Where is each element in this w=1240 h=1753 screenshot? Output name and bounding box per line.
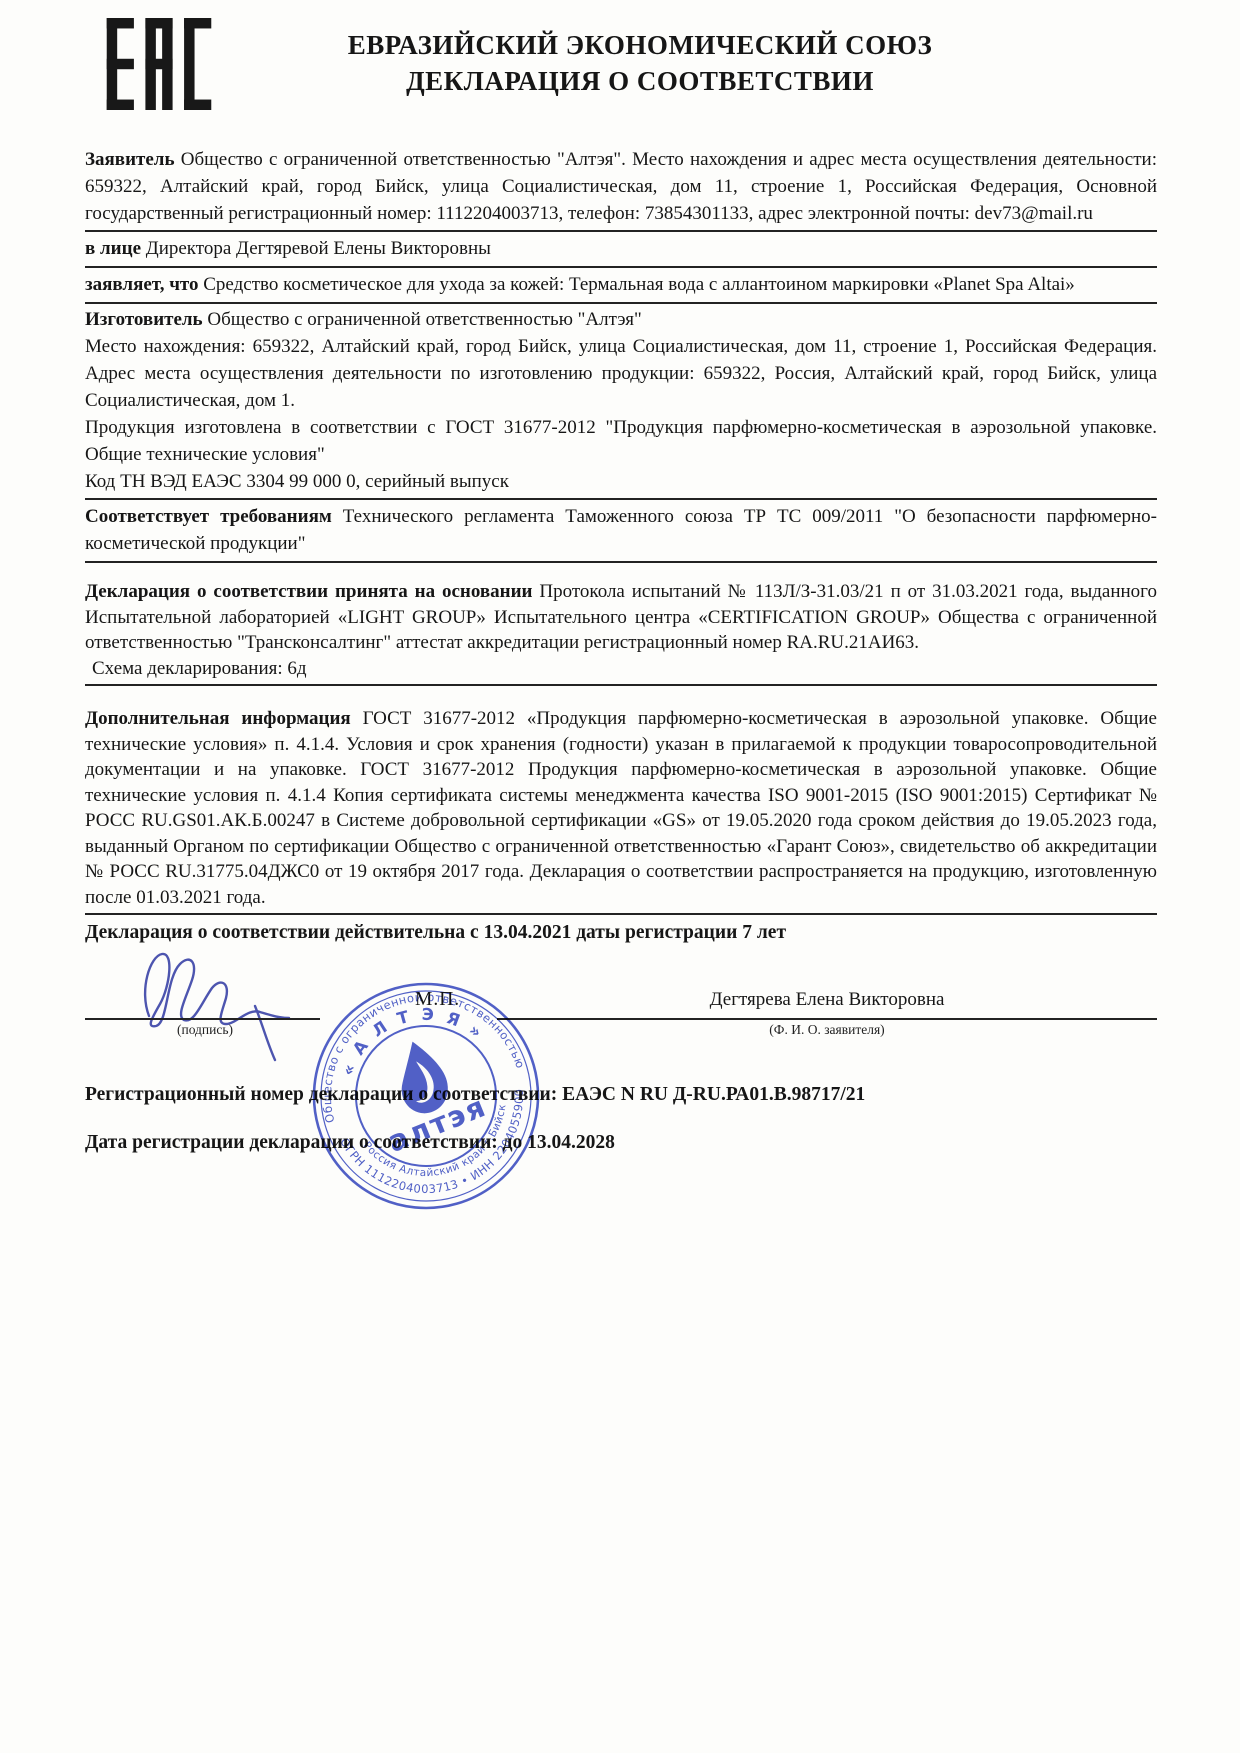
additional-info-label: Дополнительная информация	[85, 708, 351, 729]
signer-name: Дегтярева Елена Викторовна	[497, 989, 1157, 1011]
section-divider	[85, 913, 1157, 915]
title-line-declaration: ДЕКЛАРАЦИЯ О СООТВЕТСТВИИ	[213, 64, 1067, 100]
manufacturer-section: Изготовитель Общество с ограниченной отв…	[85, 306, 1157, 495]
section-divider	[85, 684, 1157, 686]
signature-block: М.П. (подпись) Дегтярева Елена Викторовн…	[85, 948, 1157, 1066]
section-divider	[85, 561, 1157, 563]
applicant-label: Заявитель	[85, 149, 175, 170]
signature-caption: (подпись)	[140, 1022, 270, 1038]
in-person-text: Директора Дегтяревой Елены Викторовны	[141, 238, 491, 259]
title-line-union: ЕВРАЗИЙСКИЙ ЭКОНОМИЧЕСКИЙ СОЮЗ	[213, 28, 1067, 64]
registration-number-value: ЕАЭС N RU Д-RU.РА01.В.98717/21	[557, 1084, 865, 1105]
section-divider	[85, 302, 1157, 304]
basis-paragraph: Декларация о соответствии принята на осн…	[85, 579, 1157, 656]
declaration-scheme: Схема декларирования: 6д	[85, 656, 1157, 682]
declares-label: заявляет, что	[85, 274, 199, 295]
manufacturer-gost: Продукция изготовлена в соответствии с Г…	[85, 414, 1157, 468]
manufacturer-label: Изготовитель	[85, 309, 203, 330]
section-divider	[85, 498, 1157, 500]
section-divider	[85, 230, 1157, 232]
in-person-label: в лице	[85, 238, 141, 259]
handwritten-signature	[135, 940, 325, 1065]
complies-paragraph: Соответствует требованиям Технического р…	[85, 502, 1157, 558]
manufacturer-intro: Изготовитель Общество с ограниченной отв…	[85, 306, 1157, 333]
eac-logo-icon	[105, 18, 213, 110]
name-caption: (Ф. И. О. заявителя)	[497, 1022, 1157, 1038]
document-header: ЕВРАЗИЙСКИЙ ЭКОНОМИЧЕСКИЙ СОЮЗ ДЕКЛАРАЦИ…	[85, 0, 1157, 110]
document-title: ЕВРАЗИЙСКИЙ ЭКОНОМИЧЕСКИЙ СОЮЗ ДЕКЛАРАЦИ…	[213, 18, 1157, 99]
declares-text: Средство косметическое для ухода за коже…	[199, 274, 1075, 295]
declaration-document: ЕВРАЗИЙСКИЙ ЭКОНОМИЧЕСКИЙ СОЮЗ ДЕКЛАРАЦИ…	[0, 0, 1240, 1753]
company-round-stamp: Общество с ограниченной ответственностью…	[306, 976, 546, 1216]
in-person-paragraph: в лице Директора Дегтяревой Елены Виктор…	[85, 234, 1157, 263]
declares-paragraph: заявляет, что Средство косметическое для…	[85, 270, 1157, 299]
section-divider	[85, 266, 1157, 268]
registration-date-line: Дата регистрации декларации о соответств…	[85, 1130, 1157, 1156]
manufacturer-address: Место нахождения: 659322, Алтайский край…	[85, 333, 1157, 414]
basis-section: Декларация о соответствии принята на осн…	[85, 579, 1157, 681]
complies-label: Соответствует требованиям	[85, 506, 332, 527]
additional-info-paragraph: Дополнительная информация ГОСТ 31677-201…	[85, 706, 1157, 910]
applicant-paragraph: Заявитель Общество с ограниченной ответс…	[85, 146, 1157, 227]
basis-label: Декларация о соответствии принята на осн…	[85, 581, 533, 602]
manufacturer-intro-text: Общество с ограниченной ответственностью…	[203, 309, 642, 330]
applicant-text: Общество с ограниченной ответственностью…	[85, 149, 1157, 224]
manufacturer-tnved-code: Код ТН ВЭД ЕАЭС 3304 99 000 0, серийный …	[85, 468, 1157, 495]
registration-number-line: Регистрационный номер декларации о соотв…	[85, 1082, 1157, 1108]
additional-info-text: ГОСТ 31677-2012 «Продукция парфюмерно-ко…	[85, 708, 1157, 908]
name-line	[497, 1018, 1157, 1020]
signature-line	[85, 1018, 320, 1020]
